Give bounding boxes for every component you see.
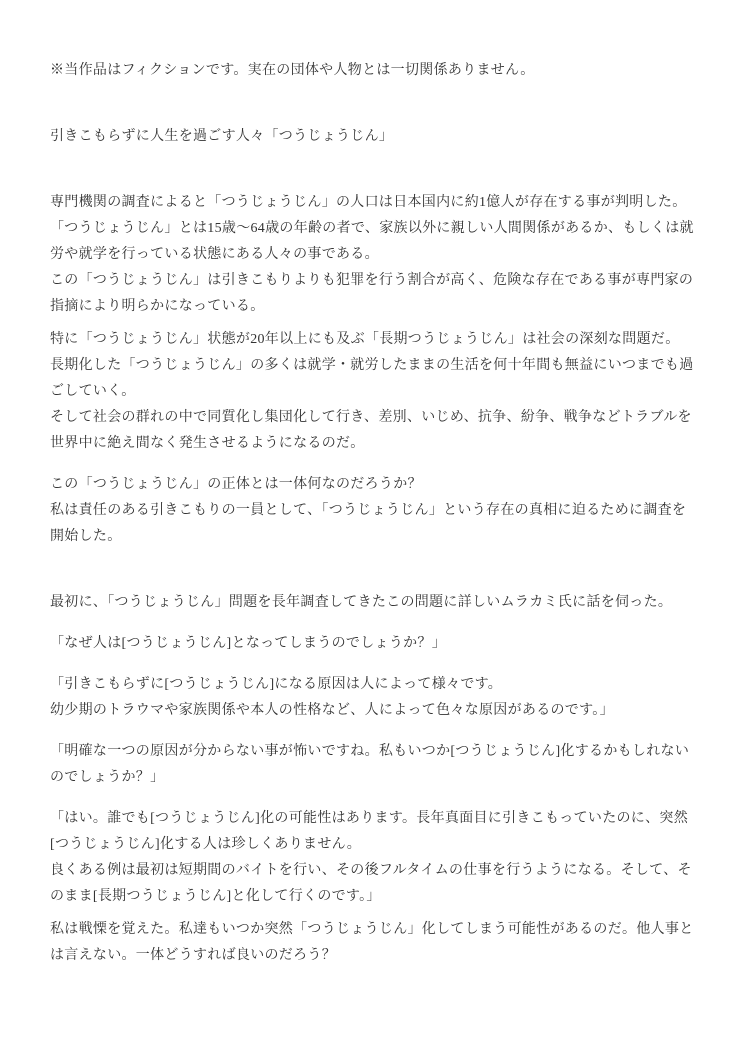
text-line: 「引きこもらずに[つうじょうじん]になる原因は人によって様々です。 (50, 677, 502, 692)
text-line: 特に「つうじょうじん」状態が20年以上にも及ぶ「長期つうじょうじん」は社会の深刻… (50, 332, 680, 347)
text-line: 私は責任のある引きこもりの一員として、「つうじょうじん」という存在の真相に迫るた… (50, 503, 686, 544)
quote-question-1: 「なぜ人は[つうじょうじん]となってしまうのでしょうか？」 (50, 631, 696, 657)
text-line: 良くある例は最初は短期間のバイトを行い、その後フルタイムの仕事を行うようになる。… (50, 863, 692, 904)
paragraph-conclusion: 私は戦慄を覚えた。私達もいつか突然「つうじょうじん」化してしまう可能性があるのだ… (50, 917, 696, 969)
text-line: この「つうじょうじん」は引きこもりよりも犯罪を行う割合が高く、危険な存在である事… (50, 273, 693, 314)
text-line: 私は戦慄を覚えた。私達もいつか突然「つうじょうじん」化してしまう可能性があるのだ… (50, 922, 694, 963)
text-line: 長期化した「つうじょうじん」の多くは就学・就労したままの生活を何十年間も無益にい… (50, 358, 694, 399)
text-line: 「なぜ人は[つうじょうじん]となってしまうのでしょうか？」 (50, 636, 446, 651)
paragraph-interview-intro: 最初に、「つうじょうじん」問題を長年調査してきたこの問題に詳しいムラカミ氏に話を… (50, 590, 696, 616)
text-line: 最初に、「つうじょうじん」問題を長年調査してきたこの問題に詳しいムラカミ氏に話を… (50, 595, 672, 610)
quote-question-2: 「明確な一つの原因が分からない事が怖いですね。私もいつか[つうじょうじん]化する… (50, 739, 696, 791)
document-page: ※当作品はフィクションです。実在の団体や人物とは一切関係ありません。引きこもらず… (0, 0, 736, 1041)
text-line: 引きこもらずに人生を過ごす人々「つうじょうじん」 (50, 129, 393, 144)
quote-answer-2: 「はい。誰でも[つうじょうじん]化の可能性はあります。長年真面目に引きこもってい… (50, 806, 696, 910)
disclaimer: ※当作品はフィクションです。実在の団体や人物とは一切関係ありません。 (50, 58, 696, 84)
text-line: 専門機関の調査によると「つうじょうじん」の人口は日本国内に約1億人が存在する事が… (50, 195, 694, 262)
text-line: 「明確な一つの原因が分からない事が怖いですね。私もいつか[つうじょうじん]化する… (50, 744, 689, 785)
text-line: この「つうじょうじん」の正体とは一体何なのだろうか？ (50, 477, 422, 492)
quote-answer-1: 「引きこもらずに[つうじょうじん]になる原因は人によって様々です。幼少期のトラウ… (50, 672, 696, 724)
text-line: 「はい。誰でも[つうじょうじん]化の可能性はあります。長年真面目に引きこもってい… (50, 811, 688, 852)
paragraph-long-term-problem: 特に「つうじょうじん」状態が20年以上にも及ぶ「長期つうじょうじん」は社会の深刻… (50, 327, 696, 457)
title: 引きこもらずに人生を過ごす人々「つうじょうじん」 (50, 124, 696, 150)
text-line: 幼少期のトラウマや家族関係や本人の性格など、人によって色々な原因があるのです。」 (50, 703, 614, 718)
document-body: ※当作品はフィクションです。実在の団体や人物とは一切関係ありません。引きこもらず… (50, 58, 696, 969)
paragraph-definition: 専門機関の調査によると「つうじょうじん」の人口は日本国内に約1億人が存在する事が… (50, 190, 696, 320)
text-line: そして社会の群れの中で同質化し集団化して行き、差別、いじめ、抗争、紛争、戦争など… (50, 410, 692, 451)
paragraph-investigation-start: この「つうじょうじん」の正体とは一体何なのだろうか？私は責任のある引きこもりの一… (50, 472, 696, 550)
text-line: ※当作品はフィクションです。実在の団体や人物とは一切関係ありません。 (50, 63, 535, 78)
